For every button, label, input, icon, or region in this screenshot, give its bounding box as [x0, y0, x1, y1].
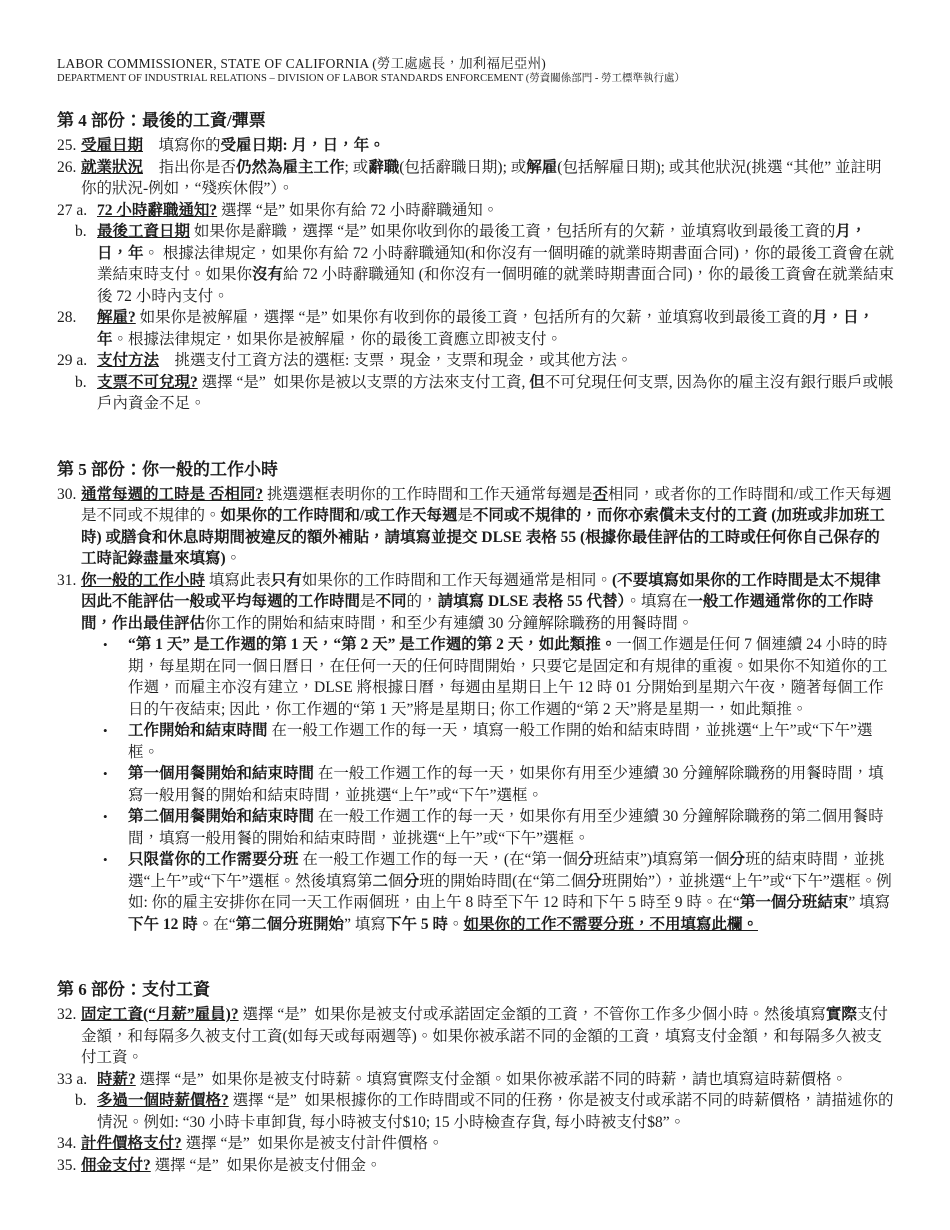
- bullet-icon: •: [103, 634, 128, 656]
- item-34-text: 計件價格支付? 選擇 “是” 如果你是被支付計件價格。: [81, 1133, 895, 1155]
- item-32: 32. 固定工資(“月薪”雇員)? 選擇 “是” 如果你是被支付或承諾固定金額的…: [57, 1004, 895, 1069]
- item-26: 26. 就業狀況 指出你是否仍然為雇主工作; 或辭職(包括辭職日期); 或解雇(…: [57, 157, 895, 200]
- item-27b-number: b.: [75, 221, 97, 243]
- item-35-number: 35.: [57, 1155, 81, 1177]
- item-33b-number: b.: [75, 1090, 97, 1112]
- item-28-text: 解雇? 如果你是被解雇，選擇 “是” 如果你有收到你的最後工資，包括所有的欠薪，…: [97, 307, 895, 350]
- agency-title: LABOR COMMISSIONER, STATE OF CALIFORNIA …: [57, 55, 895, 72]
- item-31: 31. 你一般的工作小時 填寫此表只有如果你的工作時間和工作天每週通常是相同。(…: [57, 570, 895, 635]
- item-30-number: 30.: [57, 484, 81, 506]
- item-28-number: 28.: [57, 307, 97, 329]
- bullet-split-shift-text: 只限當你的工作需要分班 在一般工作週工作的每一天，(在“第一個分班結束”)填寫第…: [128, 849, 895, 935]
- item-32-number: 32.: [57, 1004, 81, 1026]
- bullet-second-meal: • 第二個用餐開始和結束時間 在一般工作週工作的每一天，如果你有用至少連續 30…: [57, 806, 895, 849]
- item-33b: b. 多過一個時薪價格? 選擇 “是” 如果根據你的工作時間或不同的任務，你是被…: [57, 1090, 895, 1133]
- item-35-text: 佣金支付? 選擇 “是” 如果你是被支付佣金。: [81, 1155, 895, 1177]
- bullet-first-meal-text: 第一個用餐開始和結束時間 在一般工作週工作的每一天，如果你有用至少連續 30 分…: [128, 763, 895, 806]
- bullet-second-meal-text: 第二個用餐開始和結束時間 在一般工作週工作的每一天，如果你有用至少連續 30 分…: [128, 806, 895, 849]
- item-27b-text: 最後工資日期 如果你是辭職，選擇 “是” 如果你收到你的最後工資，包括所有的欠薪…: [97, 221, 895, 307]
- bullet-icon: •: [103, 763, 128, 785]
- item-29b: b. 支票不可兌現? 選擇 “是” 如果你是被以支票的方法來支付工資, 但不可兌…: [57, 372, 895, 415]
- item-26-text: 就業狀況 指出你是否仍然為雇主工作; 或辭職(包括辭職日期); 或解雇(包括解雇…: [81, 157, 895, 200]
- document-page: LABOR COMMISSIONER, STATE OF CALIFORNIA …: [0, 0, 950, 1230]
- item-26-number: 26.: [57, 157, 81, 179]
- section-6-title: 第 6 部份：支付工資: [57, 979, 895, 1001]
- item-25-text: 受雇日期 填寫你的受雇日期: 月，日，年。: [81, 135, 895, 157]
- bullet-work-start-end: • 工作開始和結束時間 在一般工作週工作的每一天，填寫一般工作開的始和結束時間，…: [57, 720, 895, 763]
- item-31-text: 你一般的工作小時 填寫此表只有如果你的工作時間和工作天每週通常是相同。(不要填寫…: [81, 570, 895, 635]
- item-27a: 27 a. 72 小時辭職通知? 選擇 “是” 如果你有給 72 小時辭職通知。: [57, 200, 895, 222]
- item-27a-text: 72 小時辭職通知? 選擇 “是” 如果你有給 72 小時辭職通知。: [97, 200, 895, 222]
- item-30-text: 通常每週的工時是 否相同? 挑選選框表明你的工作時間和工作天通常每週是否相同，或…: [81, 484, 895, 570]
- item-27a-number: 27 a.: [57, 200, 97, 222]
- bullet-split-shift: • 只限當你的工作需要分班 在一般工作週工作的每一天，(在“第一個分班結束”)填…: [57, 849, 895, 935]
- item-29a: 29 a. 支付方法 挑選支付工資方法的選框: 支票，現金，支票和現金，或其他方…: [57, 350, 895, 372]
- item-30: 30. 通常每週的工時是 否相同? 挑選選框表明你的工作時間和工作天通常每週是否…: [57, 484, 895, 570]
- bullet-first-meal: • 第一個用餐開始和結束時間 在一般工作週工作的每一天，如果你有用至少連續 30…: [57, 763, 895, 806]
- item-33a: 33 a. 時薪? 選擇 “是” 如果你是被支付時薪。填寫實際支付金額。如果你被…: [57, 1069, 895, 1091]
- item-29b-number: b.: [75, 372, 97, 394]
- item-31-number: 31.: [57, 570, 81, 592]
- item-35: 35. 佣金支付? 選擇 “是” 如果你是被支付佣金。: [57, 1155, 895, 1177]
- item-29a-number: 29 a.: [57, 350, 97, 372]
- item-33b-text: 多過一個時薪價格? 選擇 “是” 如果根據你的工作時間或不同的任務，你是被支付或…: [97, 1090, 895, 1133]
- item-34: 34. 計件價格支付? 選擇 “是” 如果你是被支付計件價格。: [57, 1133, 895, 1155]
- section-4-title: 第 4 部份：最後的工資/彈票: [57, 110, 895, 132]
- bullet-work-start-end-text: 工作開始和結束時間 在一般工作週工作的每一天，填寫一般工作開的始和結束時間，並挑…: [128, 720, 895, 763]
- item-29a-text: 支付方法 挑選支付工資方法的選框: 支票，現金，支票和現金，或其他方法。: [97, 350, 895, 372]
- item-34-number: 34.: [57, 1133, 81, 1155]
- bullet-icon: •: [103, 720, 128, 742]
- bullet-day-definition-text: “第 1 天” 是工作週的第 1 天，“第 2 天” 是工作週的第 2 天，如此…: [128, 634, 895, 720]
- item-25: 25. 受雇日期 填寫你的受雇日期: 月，日，年。: [57, 135, 895, 157]
- bullet-icon: •: [103, 849, 128, 871]
- item-33a-text: 時薪? 選擇 “是” 如果你是被支付時薪。填寫實際支付金額。如果你被承諾不同的時…: [97, 1069, 895, 1091]
- item-27b: b. 最後工資日期 如果你是辭職，選擇 “是” 如果你收到你的最後工資，包括所有…: [57, 221, 895, 307]
- item-29b-text: 支票不可兌現? 選擇 “是” 如果你是被以支票的方法來支付工資, 但不可兌現任何…: [97, 372, 895, 415]
- section-5-title: 第 5 部份：你一般的工作小時: [57, 459, 895, 481]
- bullet-day-definition: • “第 1 天” 是工作週的第 1 天，“第 2 天” 是工作週的第 2 天，…: [57, 634, 895, 720]
- item-33a-number: 33 a.: [57, 1069, 97, 1091]
- bullet-icon: •: [103, 806, 128, 828]
- department-subtitle: DEPARTMENT OF INDUSTRIAL RELATIONS – DIV…: [57, 72, 895, 86]
- item-25-number: 25.: [57, 135, 81, 157]
- item-28: 28. 解雇? 如果你是被解雇，選擇 “是” 如果你有收到你的最後工資，包括所有…: [57, 307, 895, 350]
- item-32-text: 固定工資(“月薪”雇員)? 選擇 “是” 如果你是被支付或承諾固定金額的工資，不…: [81, 1004, 895, 1069]
